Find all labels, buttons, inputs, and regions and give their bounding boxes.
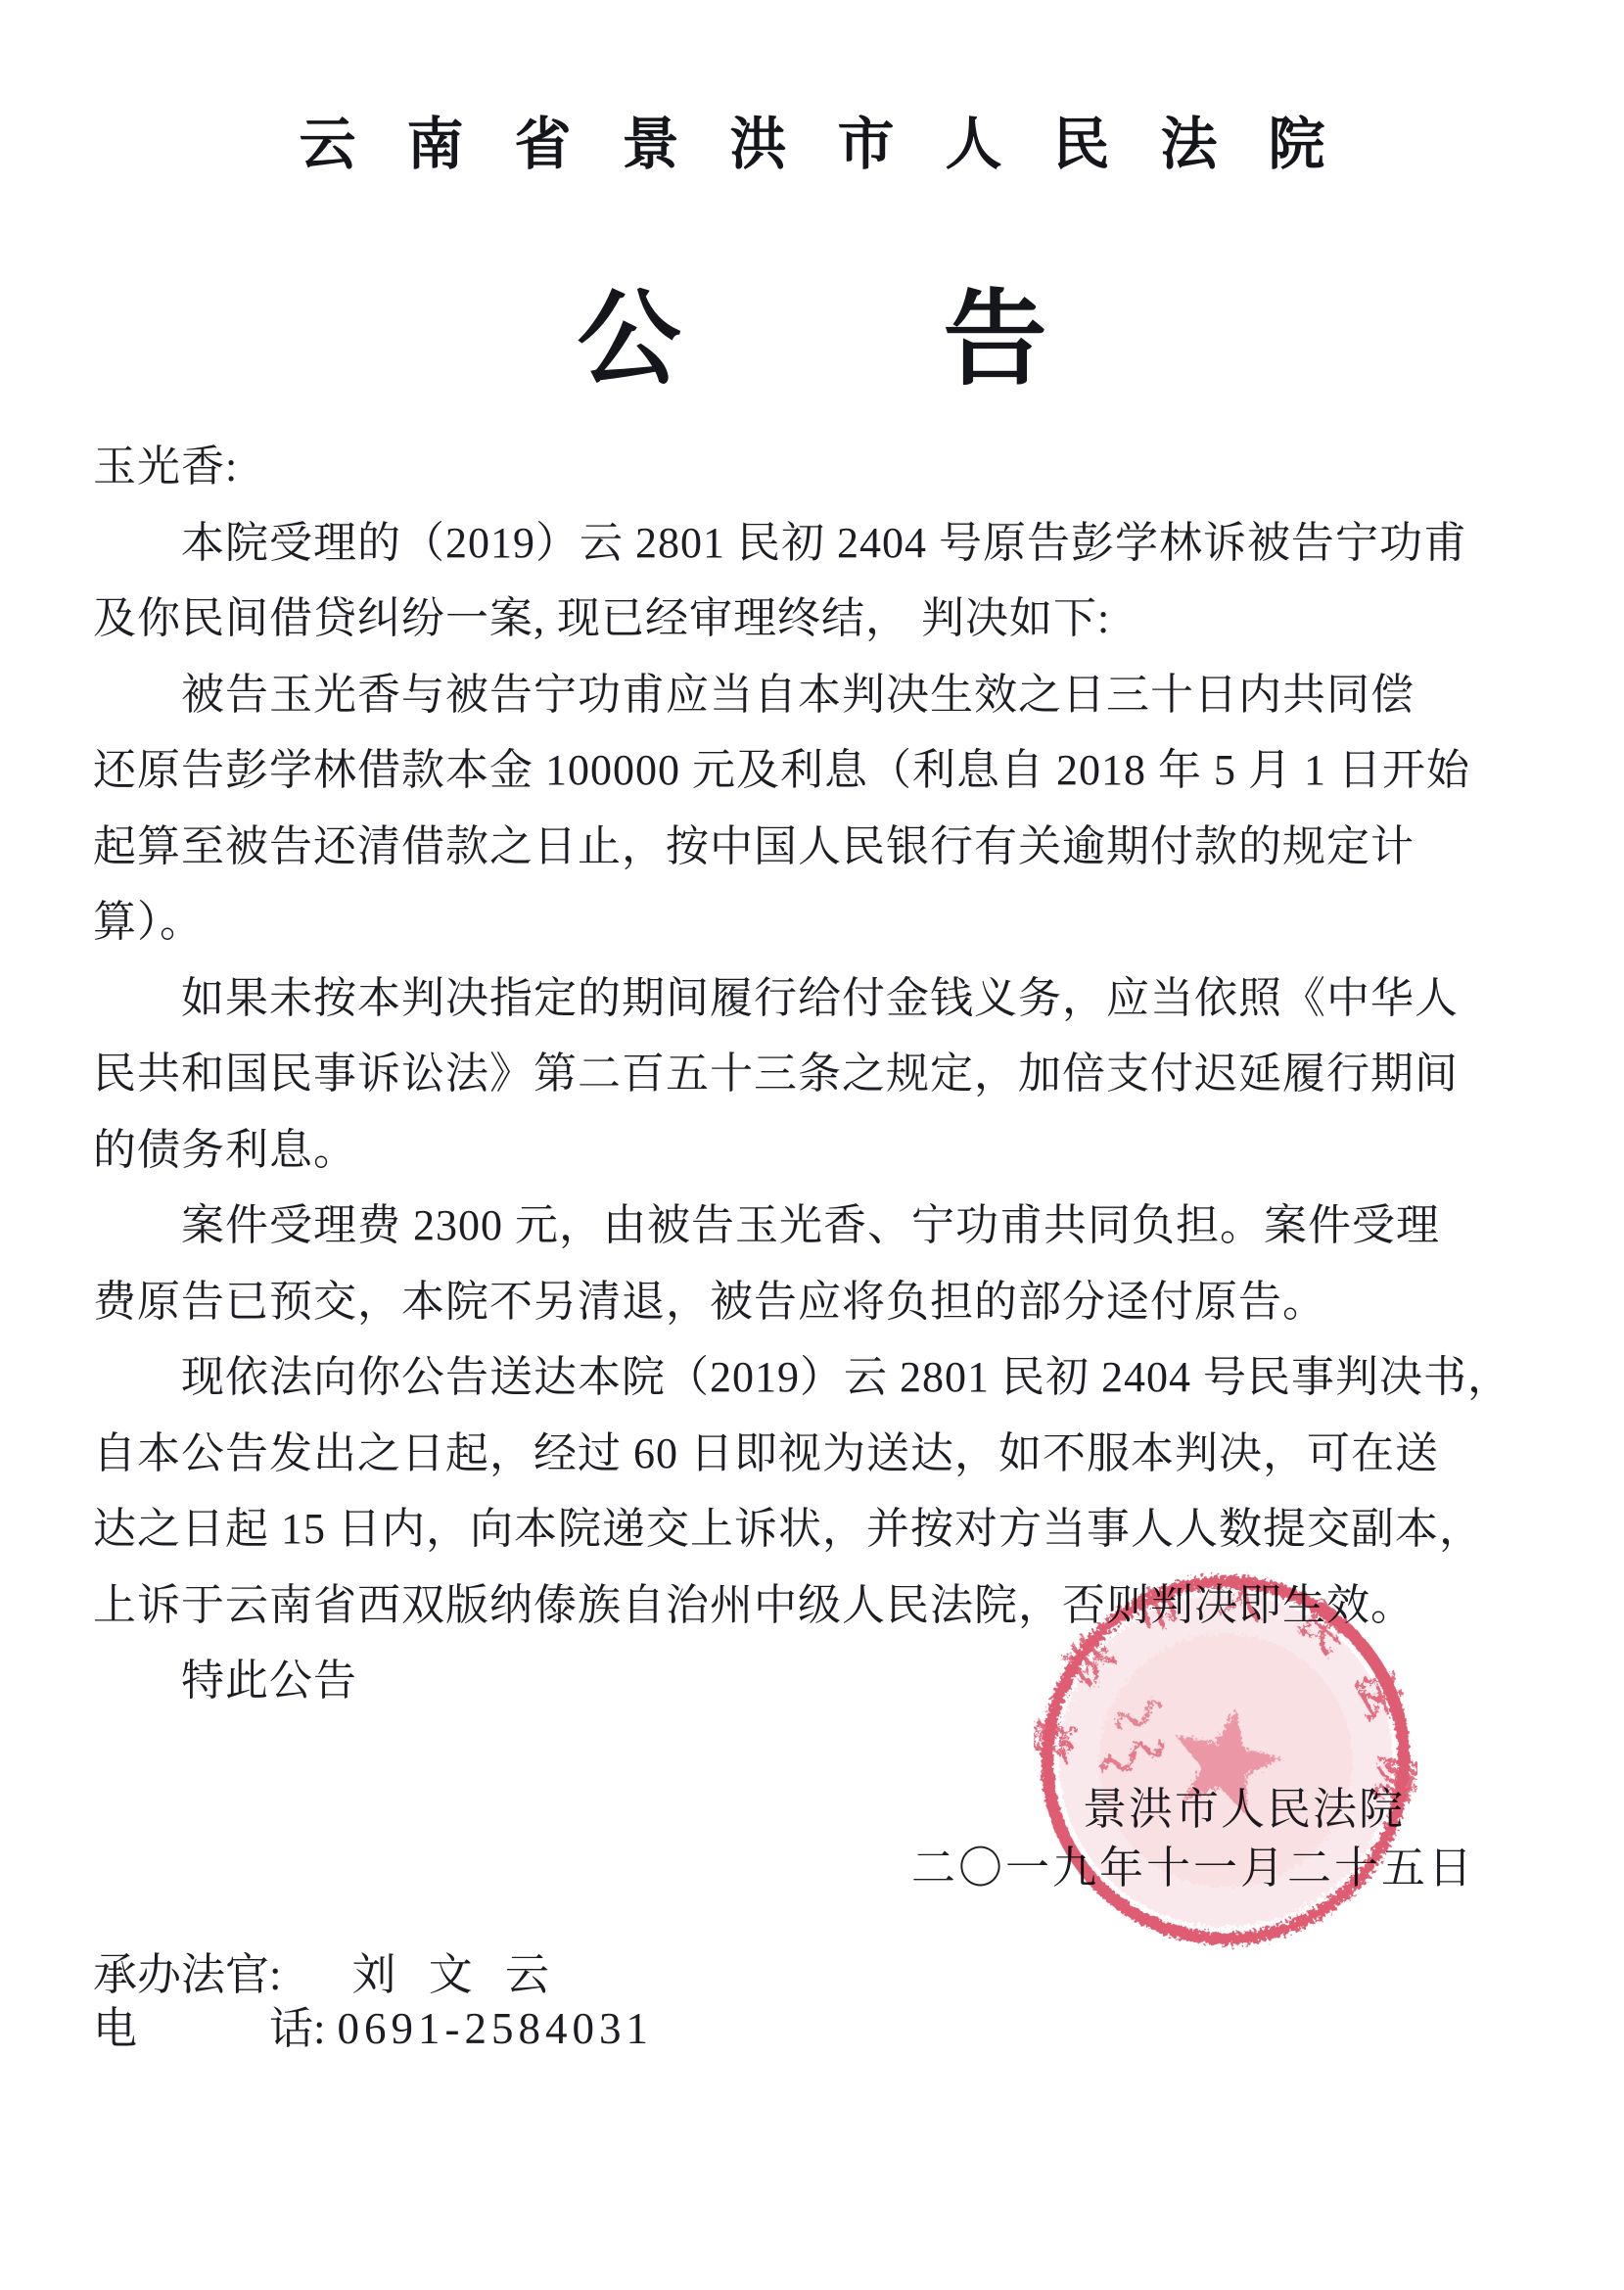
body-line: 民共和国民事诉讼法》第二百五十三条之规定，加倍支付迟延履行期间: [93, 1036, 1542, 1112]
notice-title: 公告: [0, 257, 1624, 405]
body-line: 达之日起 15 日内，向本院递交上诉状，并按对方当事人人数提交副本，: [93, 1491, 1542, 1567]
body-line: 自本公告发出之日起，经过 60 日即视为送达，如不服本判决，可在送: [93, 1416, 1542, 1492]
body-line: 还原告彭学林借款本金 100000 元及利息（利息自 2018 年 5 月 1 …: [93, 732, 1542, 809]
body-line: 如果未按本判决指定的期间履行给付金钱义务，应当依照《中华人: [93, 960, 1542, 1037]
body-line: 案件受理费 2300 元，由被告玉光香、宁功甫共同负担。案件受理: [93, 1188, 1542, 1264]
body-line: 被告玉光香与被告宁功甫应当自本判决生效之日三十日内共同偿: [93, 657, 1542, 733]
official-court-seal: 景洪市人民法院: [1034, 1568, 1417, 1952]
judge-label: 承办法官:: [93, 1950, 282, 1999]
body-line: 费原告已预交，本院不另清退，被告应将负担的部分迳付原告。: [93, 1264, 1542, 1340]
court-header: 云南省景洪市人民法院: [0, 98, 1624, 180]
phone-label: 电 话:: [93, 2004, 326, 2053]
court-seal-graphic: 景洪市人民法院: [1034, 1568, 1417, 1952]
salutation: 玉光香:: [93, 429, 1542, 505]
body-line: 现依法向你公告送达本院（2019）云 2801 民初 2404 号民事判决书，: [93, 1339, 1542, 1416]
phone-number: 0691-2584031: [338, 2004, 654, 2053]
contact-footer: 承办法官:刘 文 云 电 话:0691-2584031: [93, 1948, 653, 2056]
body-line: 本院受理的（2019）云 2801 民初 2404 号原告彭学林诉被告宁功甫: [93, 505, 1542, 582]
body-line: 算）。: [93, 884, 1542, 960]
body-line: 及你民间借贷纠纷一案, 现已经审理终结， 判决如下:: [93, 581, 1542, 657]
phone-line: 电 话:0691-2584031: [93, 2002, 653, 2056]
court-announcement-page: 云南省景洪市人民法院 公告 玉光香: 本院受理的（2019）云 2801 民初 …: [0, 0, 1624, 2290]
body-line: 起算至被告还清借款之日止，按中国人民银行有关逾期付款的规定计: [93, 809, 1542, 885]
body-line: 的债务利息。: [93, 1112, 1542, 1189]
announcement-body: 玉光香: 本院受理的（2019）云 2801 民初 2404 号原告彭学林诉被告…: [93, 429, 1542, 1719]
judge-name: 刘 文 云: [352, 1950, 554, 1999]
judge-line: 承办法官:刘 文 云: [93, 1948, 653, 2002]
